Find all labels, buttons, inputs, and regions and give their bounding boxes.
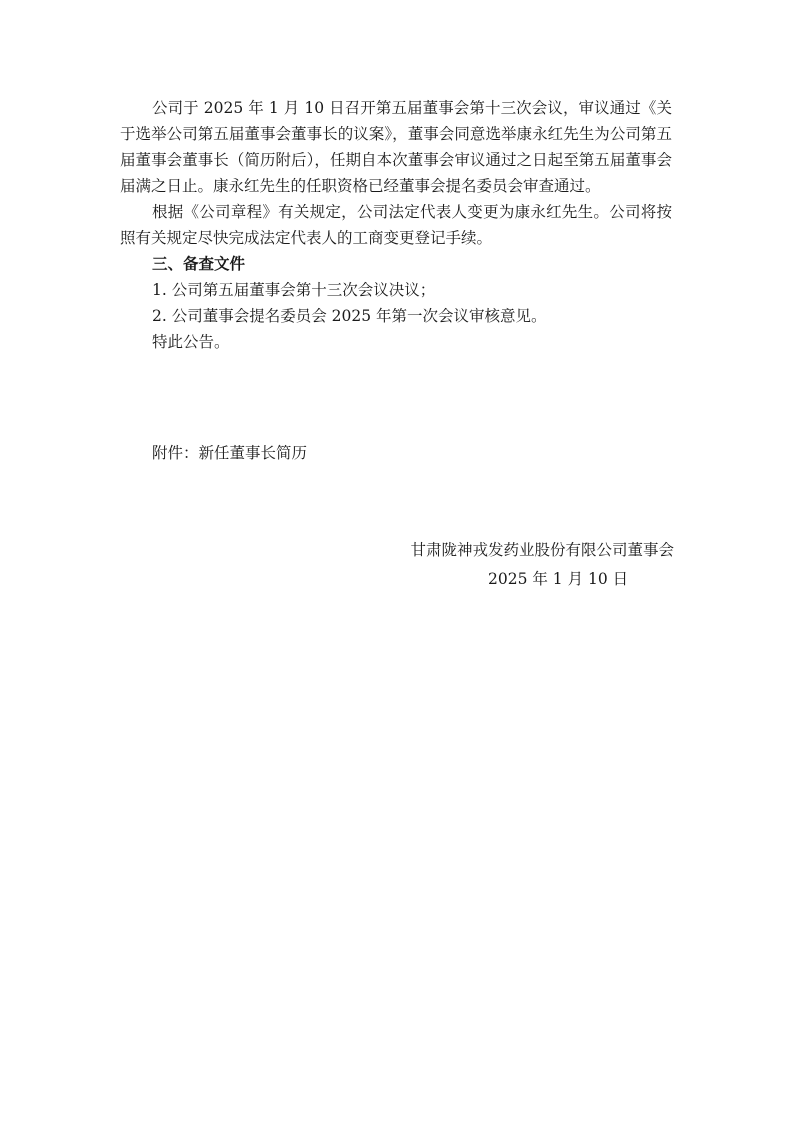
signature-company: 甘肃陇神戎发药业股份有限公司董事会 <box>400 537 674 563</box>
paragraph-board-election: 公司于 2025 年 1 月 10 日召开第五届董事会第十三次会议，审议通过《关… <box>120 95 672 199</box>
document-body: 公司于 2025 年 1 月 10 日召开第五届董事会第十三次会议，审议通过《关… <box>120 95 672 355</box>
reference-file-item: 1. 公司第五届董事会第十三次会议决议； <box>120 277 672 303</box>
document-page: 公司于 2025 年 1 月 10 日召开第五届董事会第十三次会议，审议通过《关… <box>0 0 794 1122</box>
reference-file-item: 2. 公司董事会提名委员会 2025 年第一次会议审核意见。 <box>120 303 672 329</box>
signature-date: 2025 年 1 月 10 日 <box>488 566 628 592</box>
section-heading-reference-files: 三、备查文件 <box>120 251 672 277</box>
signature-block: 甘肃陇神戎发药业股份有限公司董事会 2025 年 1 月 10 日 <box>400 537 674 563</box>
closing-statement: 特此公告。 <box>120 329 672 355</box>
attachment-note: 附件：新任董事长简历 <box>120 440 307 466</box>
paragraph-legal-representative: 根据《公司章程》有关规定，公司法定代表人变更为康永红先生。公司将按照有关规定尽快… <box>120 199 672 251</box>
